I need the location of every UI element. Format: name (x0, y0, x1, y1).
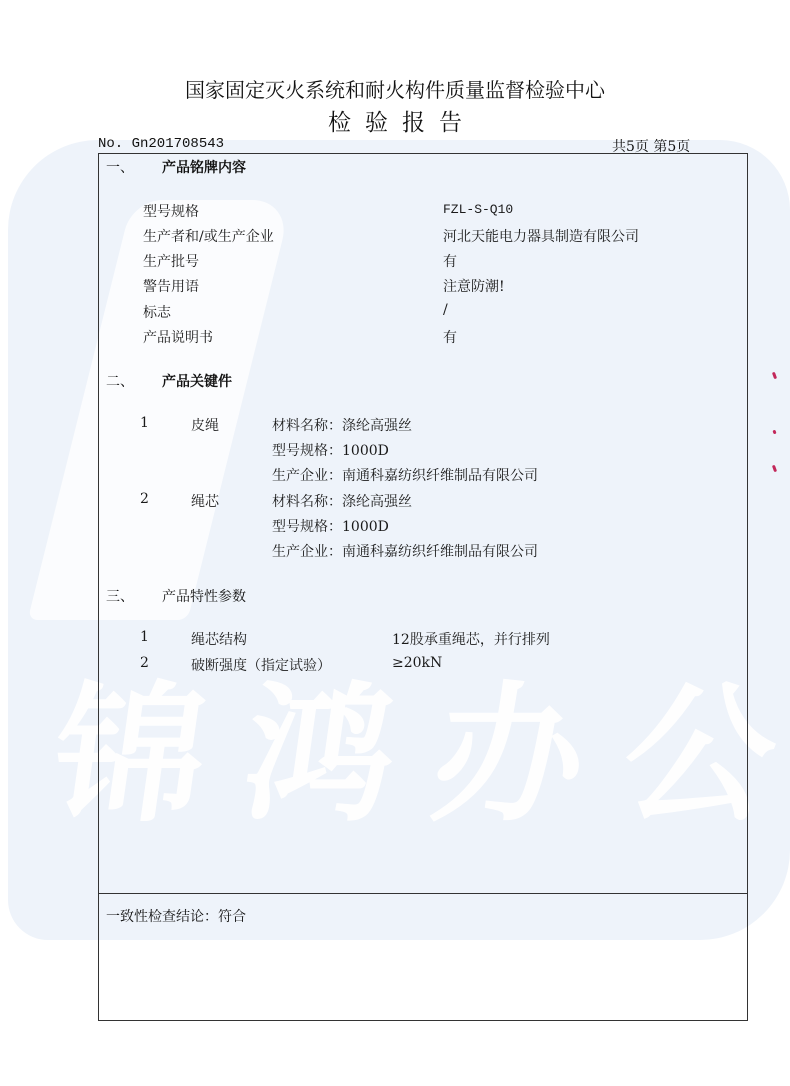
param-value: 12股承重绳芯，并行排列 (392, 629, 550, 649)
conclusion-divider (98, 893, 748, 894)
param-index: 2 (140, 655, 149, 671)
nameplate-label: 产品说明书 (143, 327, 213, 347)
report-number: No. Gn201708543 (98, 136, 224, 152)
component-detail: 材料名称：涤纶高强丝 (272, 491, 412, 511)
section-number: 三、 (106, 586, 134, 606)
nameplate-label: 生产批号 (143, 251, 199, 271)
section-number: 二、 (106, 371, 134, 391)
component-index: 1 (140, 415, 149, 431)
nameplate-label: 生产者和/或生产企业 (143, 226, 274, 246)
section-title: 产品关键件 (162, 371, 232, 391)
component-detail: 型号规格：1000D (272, 516, 389, 536)
component-detail: 型号规格：1000D (272, 440, 389, 460)
component-name: 皮绳 (191, 415, 219, 435)
org-title: 国家固定灭火系统和耐火构件质量监督检验中心 (0, 74, 790, 103)
section-title: 产品铭牌内容 (162, 157, 246, 177)
nameplate-value: FZL-S-Q10 (443, 202, 513, 217)
component-index: 2 (140, 491, 149, 507)
param-name: 破断强度（指定试验） (191, 655, 331, 675)
nameplate-label: 型号规格 (143, 201, 199, 221)
nameplate-value: 有 (443, 327, 457, 347)
param-index: 1 (140, 629, 149, 645)
nameplate-value: / (443, 302, 448, 318)
component-name: 绳芯 (191, 491, 219, 511)
nameplate-value: 注意防潮! (443, 276, 505, 296)
nameplate-value: 河北天能电力器具制造有限公司 (443, 226, 639, 246)
section-number: 一、 (106, 157, 134, 177)
param-value: ≥20kN (392, 655, 442, 671)
nameplate-value: 有 (443, 251, 457, 271)
component-detail: 生产企业：南通科嘉纺织纤维制品有限公司 (272, 465, 538, 485)
nameplate-label: 标志 (143, 302, 171, 322)
component-detail: 材料名称：涤纶高强丝 (272, 415, 412, 435)
section-title: 产品特性参数 (162, 586, 246, 606)
conformity-conclusion: 一致性检查结论：符合 (106, 906, 246, 926)
param-name: 绳芯结构 (191, 629, 247, 649)
doc-title: 检验报告 (0, 104, 790, 137)
nameplate-label: 警告用语 (143, 276, 199, 296)
component-detail: 生产企业：南通科嘉纺织纤维制品有限公司 (272, 541, 538, 561)
